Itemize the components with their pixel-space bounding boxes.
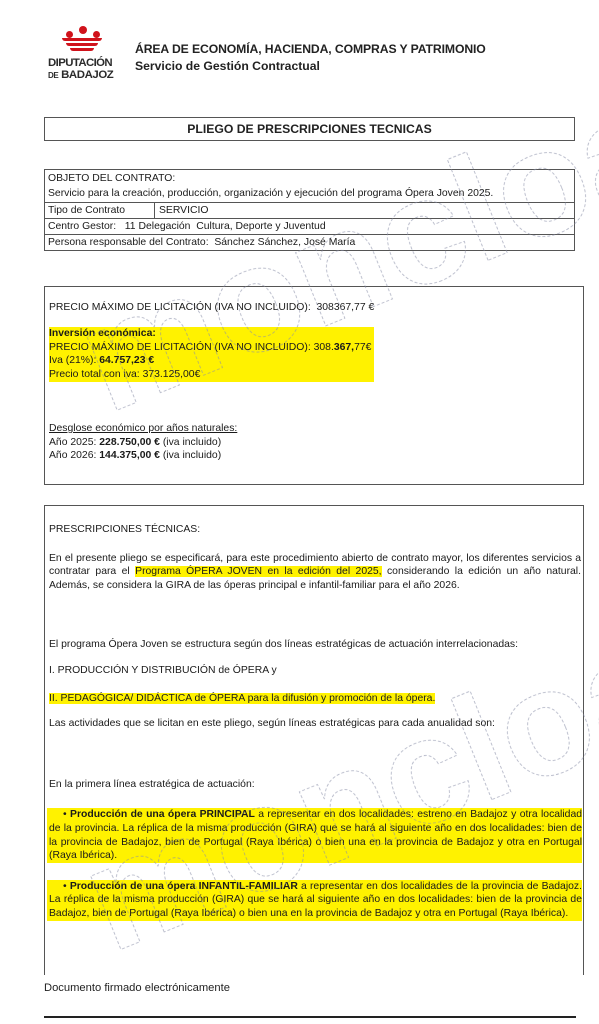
technical-prescriptions-box: PRESCRIPCIONES TÉCNICAS: En el presente … xyxy=(44,505,584,975)
yearly-breakdown: Desglose económico por años naturales: A… xyxy=(49,422,583,463)
max-price-line: PRECIO MÁXIMO DE LICITACIÓN (IVA NO INCL… xyxy=(49,302,583,313)
document-title-box: PLIEGO DE PRESCRIPCIONES TECNICAS xyxy=(44,117,575,141)
logo-line-2: DE BADAJOZ xyxy=(48,69,113,81)
price-box: PRECIO MÁXIMO DE LICITACIÓN (IVA NO INCL… xyxy=(44,286,584,485)
bullet-icon: • xyxy=(63,809,67,820)
service-title: Servicio de Gestión Contractual xyxy=(135,59,320,73)
electronic-signature-note: Documento firmado electrónicamente xyxy=(44,982,230,994)
investment-max-line: PRECIO MÁXIMO DE LICITACIÓN (IVA NO INCL… xyxy=(49,341,374,355)
contract-info-table: OBJETO DEL CONTRATO: Servicio para la cr… xyxy=(44,169,575,251)
first-line-heading: En la primera línea estratégica de actua… xyxy=(49,778,583,792)
activities-line: Las actividades que se licitan en este p… xyxy=(49,717,583,731)
crown-dots-icon xyxy=(66,26,100,38)
iva-line: Iva (21%): 64.757,23 € xyxy=(49,354,374,368)
letterhead: DIPUTACIÓN DE BADAJOZ ÁREA DE ECONOMÍA, … xyxy=(48,26,568,86)
document-title: PLIEGO DE PRESCRIPCIONES TECNICAS xyxy=(187,122,431,136)
contract-object-text: Servicio para la creación, producción, o… xyxy=(48,186,574,201)
total-line: Precio total con iva: 373.125,00€ xyxy=(49,368,374,382)
area-title: ÁREA DE ECONOMÍA, HACIENDA, COMPRAS Y PA… xyxy=(135,42,486,56)
bullet-icon: • xyxy=(63,881,67,892)
breakdown-heading: Desglose económico por años naturales: xyxy=(49,422,583,436)
technical-heading: PRESCRIPCIONES TÉCNICAS: xyxy=(49,523,583,537)
investment-heading: Inversión económica: xyxy=(49,327,374,341)
diputacion-badajoz-logo: DIPUTACIÓN DE BADAJOZ xyxy=(48,26,116,82)
investment-highlight: Inversión económica: PRECIO MÁXIMO DE LI… xyxy=(49,327,374,382)
contract-responsible-row: Persona responsable del Contrato: Sánche… xyxy=(45,234,574,250)
logo-line-1: DIPUTACIÓN xyxy=(48,57,112,69)
contract-object-row: OBJETO DEL CONTRATO: Servicio para la cr… xyxy=(45,170,574,202)
structure-line: El programa Ópera Joven se estructura se… xyxy=(49,638,583,652)
strategic-line-two: II. PEDAGÓGICA/ DIDÁCTICA de ÓPERA para … xyxy=(49,692,583,706)
crown-arches-icon xyxy=(62,38,102,54)
intro-paragraph: En el presente pliego se especificará, p… xyxy=(49,552,581,593)
year-row: Año 2026: 144.375,00 € (iva incluido) xyxy=(49,449,583,463)
contract-type-value: SERVICIO xyxy=(155,203,208,218)
contract-type-row: Tipo de Contrato SERVICIO xyxy=(45,202,574,218)
strategic-line-one: I. PRODUCCIÓN Y DISTRIBUCIÓN de ÓPERA y xyxy=(49,664,583,678)
bullet-family-opera: • Producción de una ópera INFANTIL-FAMIL… xyxy=(47,880,582,921)
year-row: Año 2025: 228.750,00 € (iva incluido) xyxy=(49,436,583,450)
contract-center-row: Centro Gestor: 11 Delegación Cultura, De… xyxy=(45,218,574,234)
contract-type-label: Tipo de Contrato xyxy=(45,203,155,218)
contract-object-label: OBJETO DEL CONTRATO: xyxy=(48,171,574,186)
footer-divider xyxy=(44,1016,576,1018)
bullet-principal-opera: • Producción de una ópera PRINCIPAL a re… xyxy=(47,808,582,862)
intro-highlight: Programa ÓPERA JOVEN en la edición del 2… xyxy=(135,566,381,577)
